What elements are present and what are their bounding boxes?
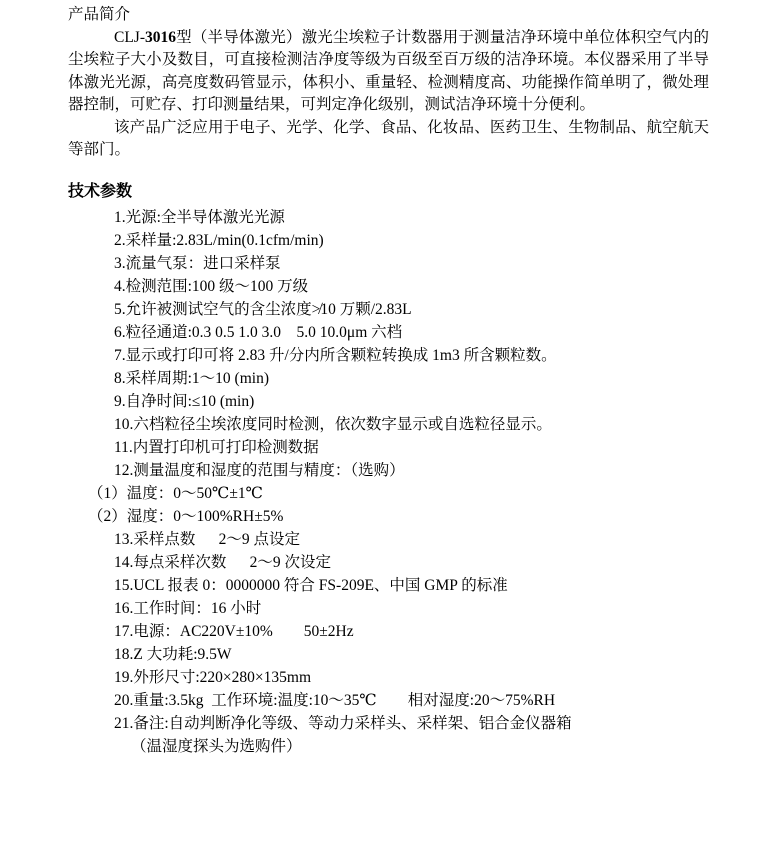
spec-line: （1）温度：0～50℃±1℃ <box>88 482 709 505</box>
model-prefix: CLJ- <box>114 29 145 46</box>
spec-line: 19.外形尺寸:220×280×135mm <box>114 666 709 689</box>
spec-line: （温湿度探头为选购件） <box>131 735 709 758</box>
intro-heading: 产品简介 <box>68 4 709 27</box>
spec-line: 6.粒径通道:0.3 0.5 1.0 3.0 5.0 10.0μm 六档 <box>114 321 709 344</box>
model-number: 3016 <box>145 29 176 46</box>
spec-line: 5.允许被测试空气的含尘浓度≯10 万颗/2.83L <box>114 298 709 321</box>
spec-line: 11.内置打印机可打印检测数据 <box>114 436 709 459</box>
spec-line: 12.测量温度和湿度的范围与精度：（选购） <box>114 459 709 482</box>
spec-line: 7.显示或打印可将 2.83 升/分内所含颗粒转换成 1m3 所含颗粒数。 <box>114 344 709 367</box>
specs-list: 1.光源:全半导体激光光源2.采样量:2.83L/min(0.1cfm/min)… <box>68 206 709 758</box>
document-page: 产品简介 CLJ-3016型（半导体激光）激光尘埃粒子计数器用于测量洁净环境中单… <box>0 0 773 844</box>
specs-heading: 技术参数 <box>68 181 709 204</box>
spec-line: 18.Z 大功耗:9.5W <box>114 643 709 666</box>
spec-line: 15.UCL 报表 0：0000000 符合 FS-209E、中国 GMP 的标… <box>114 574 709 597</box>
spec-line: （2）湿度：0～100%RH±5% <box>88 505 709 528</box>
intro-paragraph-1: CLJ-3016型（半导体激光）激光尘埃粒子计数器用于测量洁净环境中单位体积空气… <box>68 27 709 117</box>
spec-line: 14.每点采样次数 2～9 次设定 <box>114 551 709 574</box>
spec-line: 21.备注:自动判断净化等级、等动力采样头、采样架、铝合金仪器箱 <box>114 712 709 735</box>
spec-line: 2.采样量:2.83L/min(0.1cfm/min) <box>114 229 709 252</box>
spec-line: 16.工作时间：16 小时 <box>114 597 709 620</box>
spec-line: 10.六档粒径尘埃浓度同时检测，依次数字显示或自选粒径显示。 <box>114 413 709 436</box>
spec-line: 20.重量:3.5kg 工作环境:温度:10～35℃ 相对湿度:20～75%RH <box>114 689 709 712</box>
spec-line: 3.流量气泵：进口采样泵 <box>114 252 709 275</box>
spec-line: 17.电源：AC220V±10% 50±2Hz <box>114 620 709 643</box>
spec-line: 1.光源:全半导体激光光源 <box>114 206 709 229</box>
spec-line: 13.采样点数 2～9 点设定 <box>114 528 709 551</box>
spec-line: 8.采样周期:1～10 (min) <box>114 367 709 390</box>
spec-line: 9.自净时间:≤10 (min) <box>114 390 709 413</box>
intro-paragraph-2: 该产品广泛应用于电子、光学、化学、食品、化妆品、医药卫生、生物制品、航空航天等部… <box>68 117 709 162</box>
spec-line: 4.检测范围:100 级～100 万级 <box>114 275 709 298</box>
